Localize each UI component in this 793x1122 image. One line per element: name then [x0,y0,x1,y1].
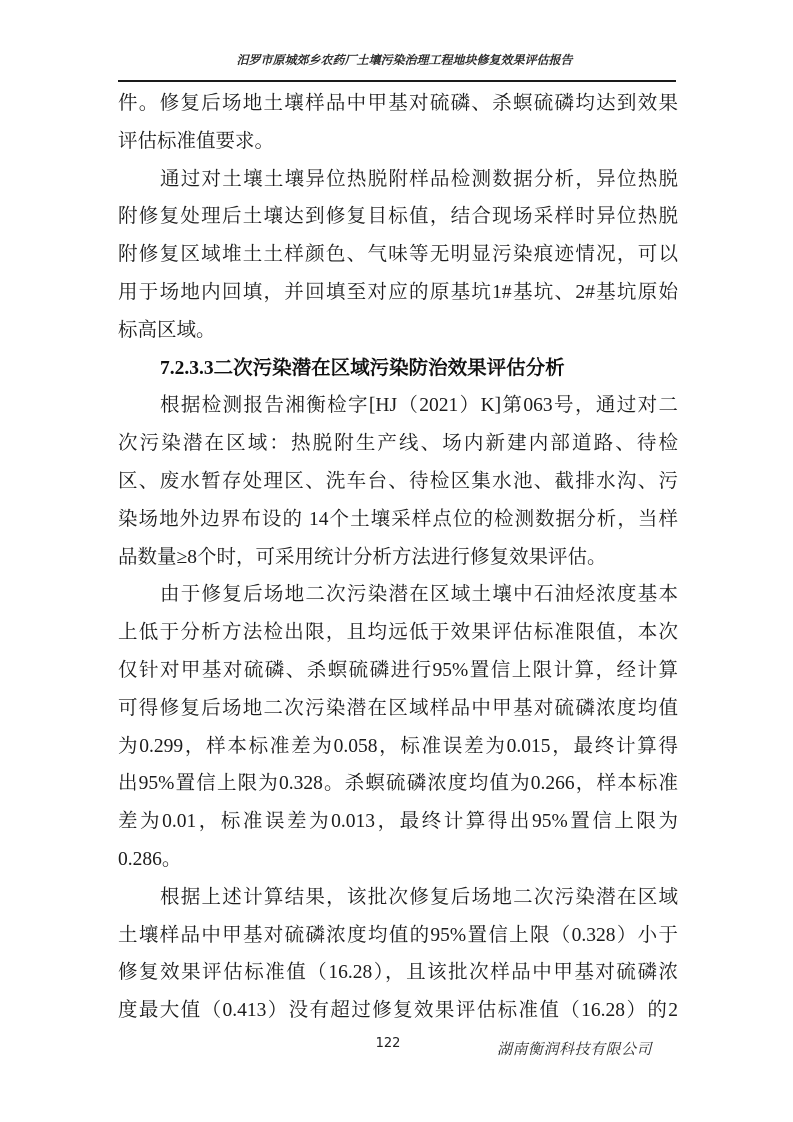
paragraph-line: 标高区域。 [118,312,678,350]
paragraph-line: 土壤样品中甲基对硫磷浓度均值的95%置信上限（0.328）小于 [118,917,678,955]
section-heading: 7.2.3.3二次污染潜在区域污染防治效果评估分析 [118,350,678,388]
header-rule [118,80,676,82]
paragraph-line: 可得修复后场地二次污染潜在区域样品中甲基对硫磷浓度均值 [118,690,678,728]
report-page: 汨罗市原城郊乡农药厂土壤污染治理工程地块修复效果评估报告 件。修复后场地土壤样品… [0,0,793,1122]
paragraph-line: 染场地外边界布设的 14个土壤采样点位的检测数据分析，当样 [118,501,678,539]
paragraph-line: 为0.299，样本标准差为0.058，标准误差为0.015，最终计算得 [118,728,678,766]
paragraph-line: 度最大值（0.413）没有超过修复效果评估标准值（16.28）的2 [118,992,678,1030]
paragraph-line: 修复效果评估标准值（16.28），且该批次样品中甲基对硫磷浓 [118,954,678,992]
paragraph-line: 根据检测报告湘衡检字[HJ（2021）K]第063号，通过对二 [118,387,678,425]
page-header: 汨罗市原城郊乡农药厂土壤污染治理工程地块修复效果评估报告 [0,0,793,90]
paragraph-line: 用于场地内回填，并回填至对应的原基坑1#基坑、2#基坑原始 [118,274,678,312]
paragraph-line: 上低于分析方法检出限，且均远低于效果评估标准限值，本次 [118,614,678,652]
paragraph-line: 根据上述计算结果，该批次修复后场地二次污染潜在区域 [118,879,678,917]
paragraph-line: 件。修复后场地土壤样品中甲基对硫磷、杀螟硫磷均达到效果 [118,85,678,123]
page-footer: 122 湖南衡润科技有限公司 [0,1030,793,1070]
paragraph-line: 差为0.01，标准误差为0.013，最终计算得出95%置信上限为 [118,803,678,841]
company-name: 湖南衡润科技有限公司 [497,1038,652,1059]
paragraph-line: 附修复处理后土壤达到修复目标值，结合现场采样时异位热脱 [118,198,678,236]
document-body: 件。修复后场地土壤样品中甲基对硫磷、杀螟硫磷均达到效果评估标准值要求。通过对土壤… [118,85,678,1030]
header-title: 汨罗市原城郊乡农药厂土壤污染治理工程地块修复效果评估报告 [0,51,793,68]
paragraph-line: 0.286。 [118,841,678,879]
paragraph-line: 附修复区域堆土土样颜色、气味等无明显污染痕迹情况，可以 [118,236,678,274]
paragraph-line: 区、废水暂存处理区、洗车台、待检区集水池、截排水沟、污 [118,463,678,501]
paragraph-line: 品数量≥8个时，可采用统计分析方法进行修复效果评估。 [118,539,678,577]
paragraph-line: 由于修复后场地二次污染潜在区域土壤中石油烃浓度基本 [118,576,678,614]
paragraph-line: 次污染潜在区域：热脱附生产线、场内新建内部道路、待检 [118,425,678,463]
paragraph-line: 通过对土壤土壤异位热脱附样品检测数据分析，异位热脱 [118,161,678,199]
paragraph-line: 评估标准值要求。 [118,123,678,161]
paragraph-line: 出95%置信上限为0.328。杀螟硫磷浓度均值为0.266，样本标准 [118,765,678,803]
paragraph-line: 仅针对甲基对硫磷、杀螟硫磷进行95%置信上限计算，经计算 [118,652,678,690]
page-number: 122 [353,1036,423,1051]
